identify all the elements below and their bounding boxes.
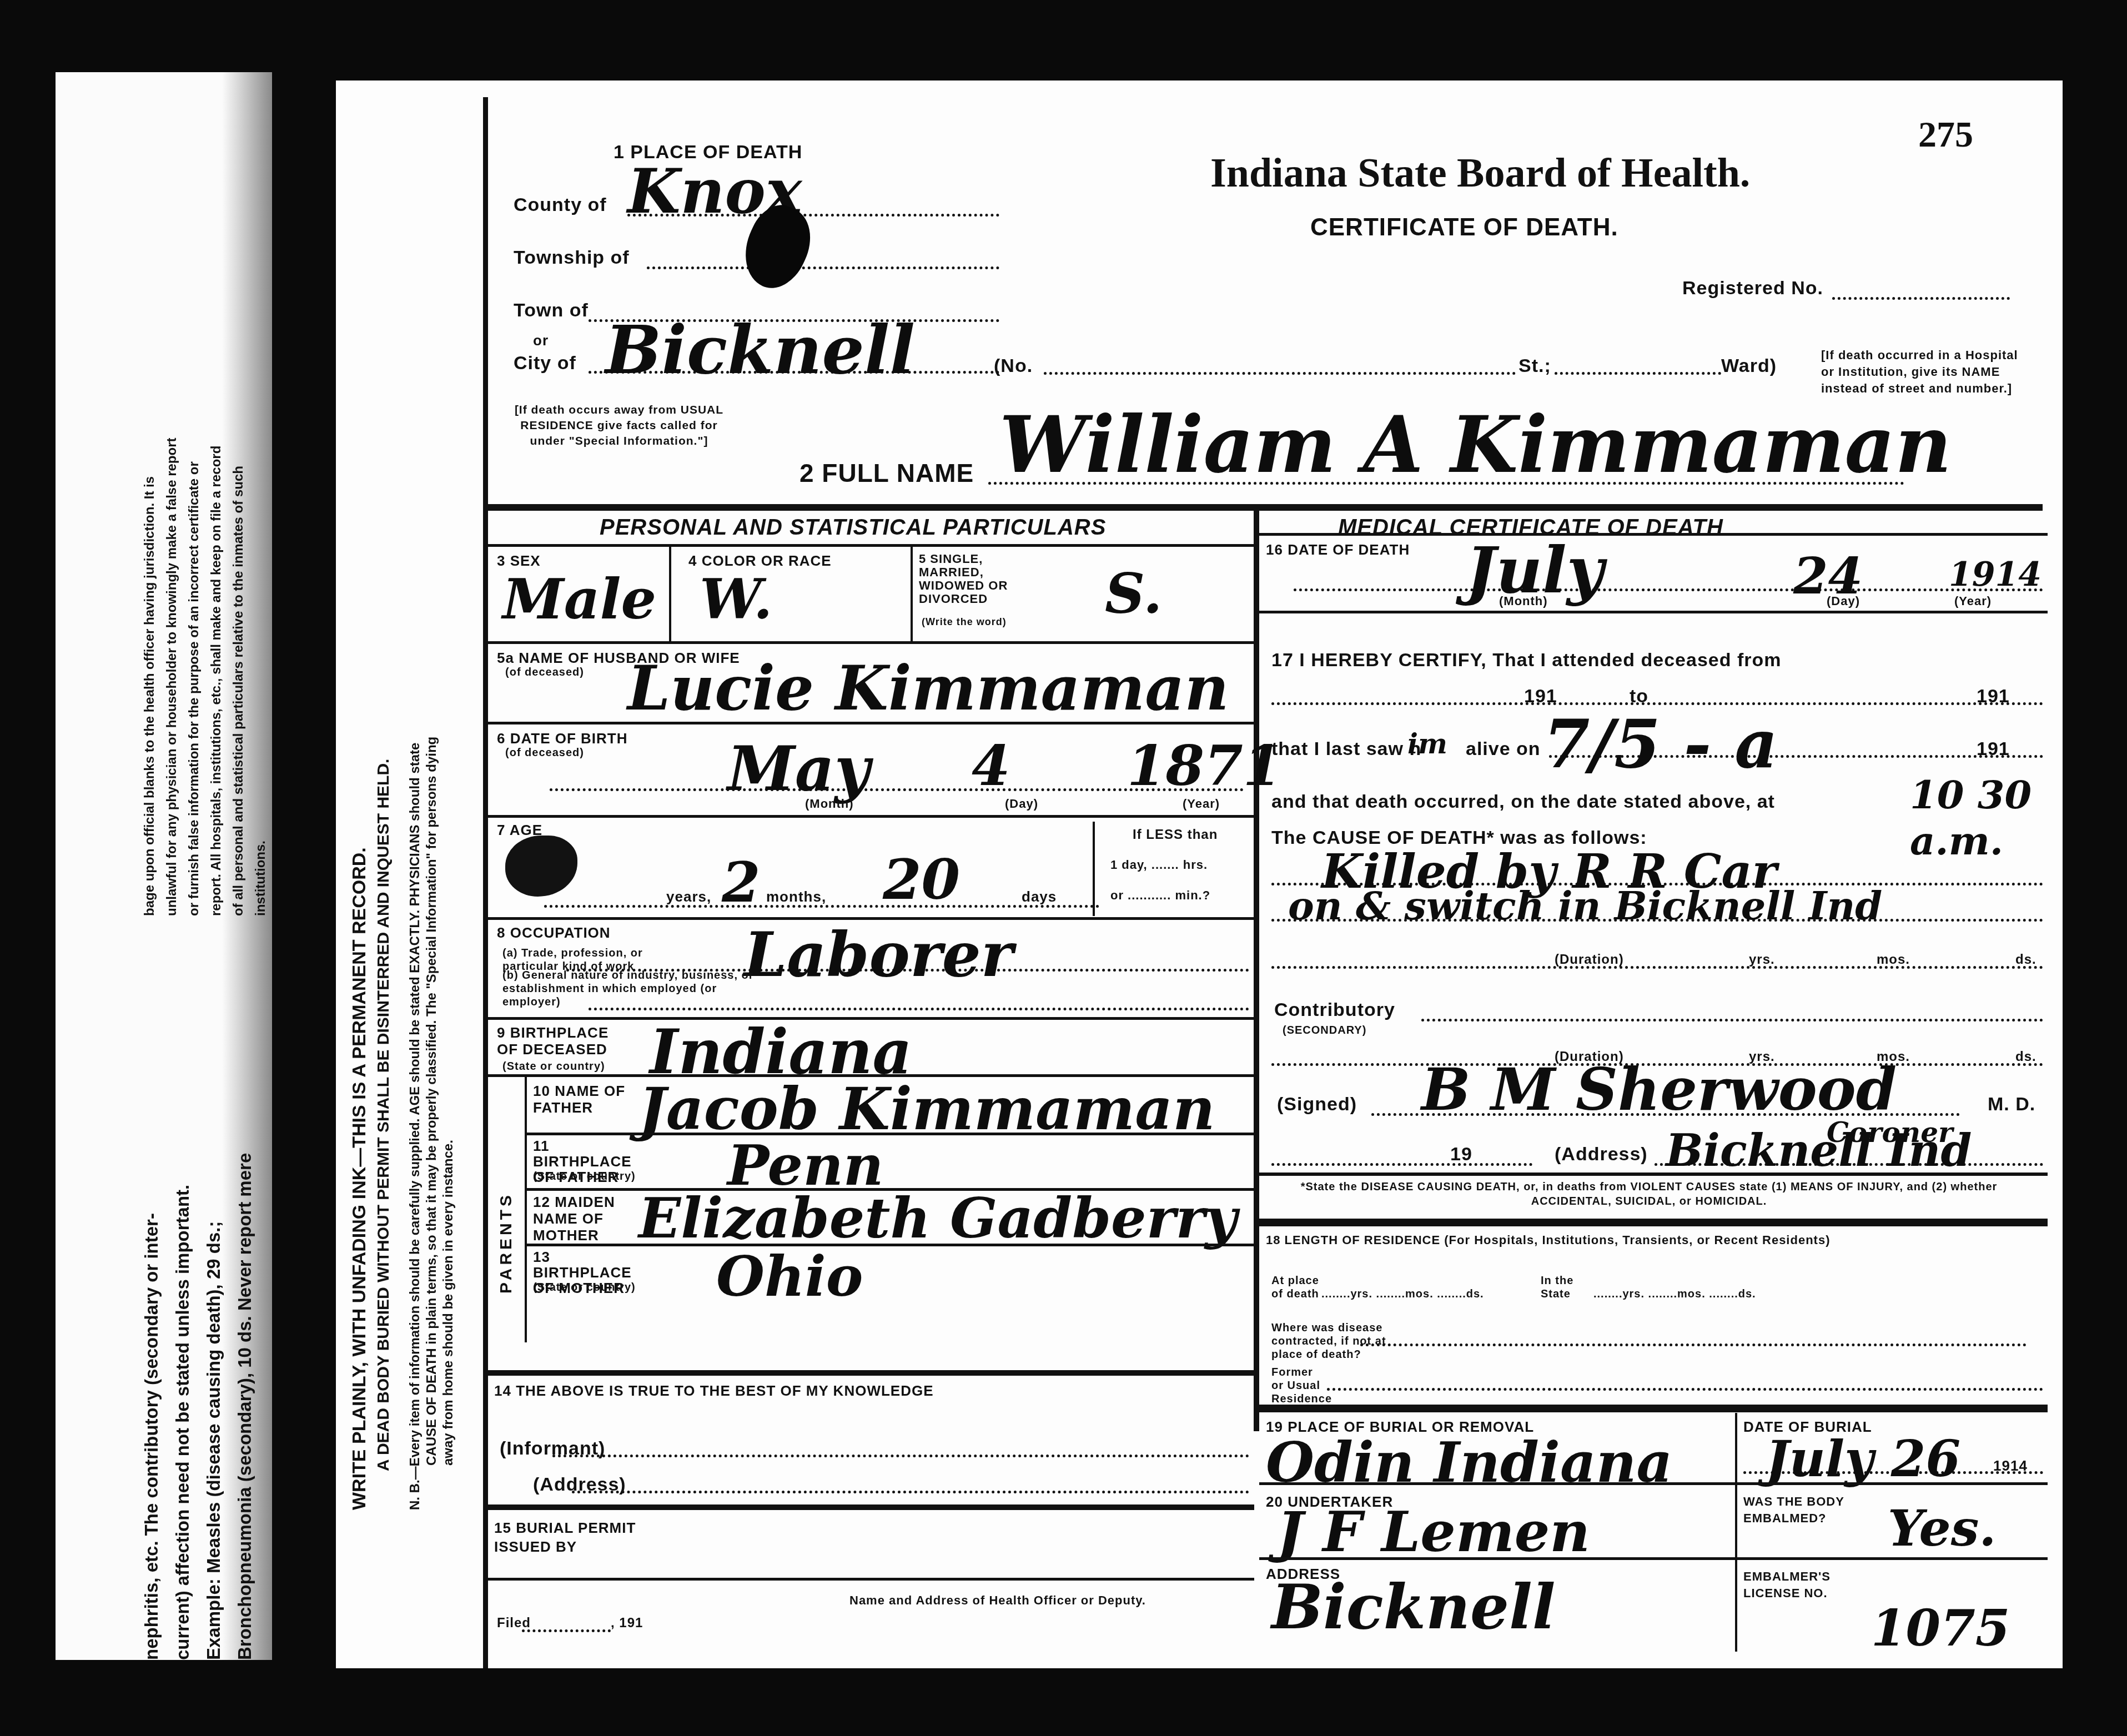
- dob-day: 4: [972, 733, 1010, 798]
- birthplace-label: 9 BIRTHPLACE OF DECEASED: [497, 1024, 630, 1058]
- year-caption: (Year): [1183, 797, 1220, 811]
- certify-text: 17 I HEREBY CERTIFY, That I attended dec…: [1271, 650, 1781, 671]
- instruction-column: WRITE PLAINLY, WITH UNFADING INK—THIS IS…: [347, 737, 457, 1510]
- divider: [1259, 611, 2048, 613]
- to-year: 191: [1977, 686, 2010, 707]
- dob-sub: (of deceased): [505, 747, 584, 759]
- md-label: M. D.: [1988, 1094, 2035, 1115]
- ward-field[interactable]: [1555, 372, 1721, 375]
- day-caption: (Day): [1005, 797, 1038, 811]
- death-day-caption: (Day): [1827, 594, 1860, 608]
- parents-divider: [525, 1076, 527, 1342]
- last-saw-label: that I last saw h: [1271, 738, 1421, 760]
- signed-label: (Signed): [1277, 1094, 1357, 1115]
- column-divider: [1254, 510, 1259, 1431]
- divider: [525, 1133, 1254, 1135]
- permit-label: 15 BURIAL PERMIT ISSUED BY: [494, 1518, 638, 1556]
- st-label: St.;: [1518, 355, 1551, 377]
- divider: [488, 1370, 1254, 1376]
- divider: [1259, 1557, 2048, 1560]
- occupation-label: 8 OCCUPATION: [497, 924, 611, 942]
- ds-label: ds.: [2015, 952, 2037, 968]
- father-label: 10 NAME OF FATHER: [533, 1083, 633, 1116]
- mos-label: mos.: [1877, 952, 1910, 968]
- embalmed-label: WAS THE BODY EMBALMED?: [1743, 1493, 1865, 1527]
- occurred-text: and that death occurred, on the date sta…: [1271, 791, 1775, 813]
- residence-note: [If death occurs away from USUAL RESIDEN…: [502, 402, 736, 449]
- certificate-title: CERTIFICATE OF DEATH.: [1310, 214, 1618, 241]
- occupation-value: Laborer: [744, 919, 1013, 990]
- embalmed-value: Yes.: [1888, 1499, 1997, 1558]
- township-label: Township of: [514, 247, 630, 269]
- personal-heading: PERSONAL AND STATISTICAL PARTICULARS: [600, 515, 1106, 540]
- divider: [488, 641, 1254, 644]
- signed-date-field[interactable]: [1271, 1163, 1532, 1166]
- divider: [1093, 822, 1095, 916]
- full-name-value: William A Kimmaman: [999, 400, 1952, 491]
- spouse-value: Lucie Kimmaman: [627, 652, 1229, 724]
- from-year: 191: [1524, 686, 1557, 707]
- death-month-caption: (Month): [1499, 594, 1548, 608]
- burial-place-value: Odin Indiana: [1266, 1430, 1672, 1495]
- divider: [1259, 1482, 2048, 1485]
- former-residence-label: Former or Usual Residence: [1271, 1366, 1327, 1406]
- informant-heading: 14 THE ABOVE IS TRUE TO THE BEST OF MY K…: [494, 1382, 934, 1400]
- divider: [1259, 1219, 2048, 1226]
- divider: [669, 547, 671, 641]
- burial-year: 1914: [1993, 1457, 2028, 1475]
- less-min-field[interactable]: or ........... min.?: [1110, 888, 1210, 903]
- contracted-field[interactable]: [1360, 1343, 2027, 1346]
- dob-year: 1871: [1127, 733, 1281, 798]
- age-months: 2: [722, 849, 761, 915]
- page-number: 275: [1918, 114, 1973, 156]
- signer-address-value: Bicknell Ind: [1666, 1124, 1972, 1176]
- city-value: Bicknell: [605, 311, 915, 389]
- mother-value: Elizabeth Gadberry: [638, 1185, 1237, 1251]
- divider: [488, 1504, 1254, 1510]
- mother-birth-value: Ohio: [716, 1244, 863, 1309]
- full-name-label: 2 FULL NAME: [799, 458, 974, 488]
- agency-title: Indiana State Board of Health.: [1210, 150, 1750, 197]
- age-days: 20: [883, 847, 960, 912]
- divider: [488, 1578, 1254, 1581]
- less-than-label: If LESS than: [1133, 827, 1218, 843]
- former-residence-field[interactable]: [1327, 1388, 2043, 1391]
- secondary-label: (SECONDARY): [1283, 1024, 1366, 1037]
- death-year-caption: (Year): [1954, 594, 1992, 608]
- registered-no-label: Registered No.: [1682, 278, 1823, 299]
- alive-on-label: alive on: [1466, 738, 1541, 760]
- sex-value: Male: [502, 566, 656, 632]
- section-divider: [488, 504, 2043, 511]
- last-saw-fill: im: [1407, 727, 1447, 760]
- burial-date-value: July 26: [1766, 1430, 1960, 1488]
- divider: [488, 815, 1254, 818]
- last-saw-year: 191: [1977, 738, 2010, 760]
- margin-upper-text: bage upon official blanks to the health …: [139, 437, 272, 916]
- divider: [1259, 533, 2048, 536]
- to-label: to: [1630, 686, 1648, 707]
- filed-date-field[interactable]: [522, 1629, 611, 1632]
- informant-address-field[interactable]: [572, 1491, 1249, 1493]
- scribble-mark: 7/5 - a: [1543, 705, 1778, 783]
- divider: [488, 544, 1254, 547]
- burial-divider: [1735, 1413, 1737, 1652]
- dob-month: May: [727, 733, 870, 804]
- mother-birth-sub: (State or country): [533, 1281, 636, 1294]
- township-field[interactable]: [647, 266, 999, 269]
- at-place-field[interactable]: ........yrs. ........mos. ........ds.: [1321, 1288, 1484, 1301]
- employer-field[interactable]: [589, 1008, 1249, 1010]
- filed-year: , 191: [611, 1616, 643, 1631]
- margin-lower-text: nephritis, etc. The contributory (second…: [136, 1153, 260, 1660]
- undertaker-address-value: Bicknell: [1271, 1571, 1556, 1643]
- month-caption: (Month): [805, 797, 854, 811]
- death-year: 1914: [1949, 555, 2041, 594]
- days-caption: days: [1022, 888, 1057, 905]
- parents-label: PARENTS: [497, 1192, 516, 1294]
- license-value: 1075: [1871, 1599, 2010, 1658]
- street-no-field[interactable]: [1044, 372, 1516, 375]
- contributory-label: Contributory: [1274, 999, 1395, 1021]
- months-caption: months,: [766, 888, 826, 905]
- margin-strip: bage upon official blanks to the health …: [56, 72, 272, 1660]
- date-19-label: 19: [1450, 1144, 1472, 1165]
- years-caption: years,: [666, 888, 711, 905]
- signer-address-label: (Address): [1555, 1144, 1648, 1165]
- divider: [1259, 1405, 2048, 1412]
- or-label: or: [533, 332, 549, 349]
- street-no-label: (No.: [994, 355, 1033, 377]
- hospital-note: [If death occurred in a Hospital or Inst…: [1821, 347, 2021, 397]
- health-officer-label: Name and Address of Health Officer or De…: [849, 1593, 1146, 1608]
- filed-label: Filed: [497, 1616, 531, 1631]
- cause-value-2: on & switch in Bicknell Ind: [1288, 883, 1882, 929]
- in-state-field[interactable]: ........yrs. ........mos. ........ds.: [1593, 1288, 1756, 1301]
- physician-signature: B M Sherwood: [1421, 1055, 1897, 1124]
- instruction-divider: [483, 97, 488, 1668]
- spouse-sub: (of deceased): [505, 666, 584, 679]
- undertaker-value: J F Lemen: [1277, 1499, 1590, 1564]
- informant-field[interactable]: [552, 1455, 1249, 1457]
- yrs-label: yrs.: [1749, 952, 1775, 968]
- registered-no-field[interactable]: [1832, 297, 2010, 300]
- county-label: County of: [514, 194, 607, 216]
- divider: [911, 547, 913, 641]
- occupation-b-label: (b) General nature of industry, business…: [502, 969, 758, 1009]
- duration-label-1: (Duration): [1555, 952, 1624, 968]
- divider: [525, 1244, 1254, 1246]
- license-label: EMBALMER'S LICENSE NO.: [1743, 1568, 1854, 1602]
- death-date-label: 16 DATE OF DEATH: [1266, 541, 1410, 558]
- ds-label: ds.: [2015, 1049, 2037, 1065]
- duration-line-1[interactable]: [1271, 966, 2043, 969]
- marital-note: (Write the word): [922, 616, 1007, 628]
- contributory-field[interactable]: [1421, 1019, 2043, 1022]
- dob-label: 6 DATE OF BIRTH: [497, 730, 628, 747]
- race-value: W.: [700, 566, 773, 632]
- divider: [488, 722, 1254, 724]
- residence-heading: 18 LENGTH OF RESIDENCE (For Hospitals, I…: [1266, 1232, 2043, 1248]
- contracted-label: Where was disease contracted, if not at …: [1271, 1321, 1410, 1361]
- marital-label: 5 SINGLE, MARRIED, WIDOWED OR DIVORCED: [919, 552, 1035, 606]
- less-day-field[interactable]: 1 day, ....... hrs.: [1110, 858, 1208, 872]
- cause-footnote: *State the DISEASE CAUSING DEATH, or, in…: [1277, 1180, 2021, 1209]
- mother-label: 12 MAIDEN NAME OF MOTHER: [533, 1194, 644, 1244]
- death-date-field[interactable]: [1294, 588, 2043, 591]
- time-of-death: 10 30 a.m.: [1910, 772, 2127, 864]
- father-birth-sub: (State or country): [533, 1170, 636, 1183]
- marital-value: S.: [1105, 561, 1162, 626]
- birthplace-sub: (State or country): [502, 1060, 605, 1073]
- town-label: Town of: [514, 300, 589, 321]
- in-state-label: In the State: [1541, 1274, 1591, 1301]
- city-label: City of: [514, 353, 576, 374]
- ward-label: Ward): [1721, 355, 1777, 377]
- divider: [1259, 1173, 2048, 1176]
